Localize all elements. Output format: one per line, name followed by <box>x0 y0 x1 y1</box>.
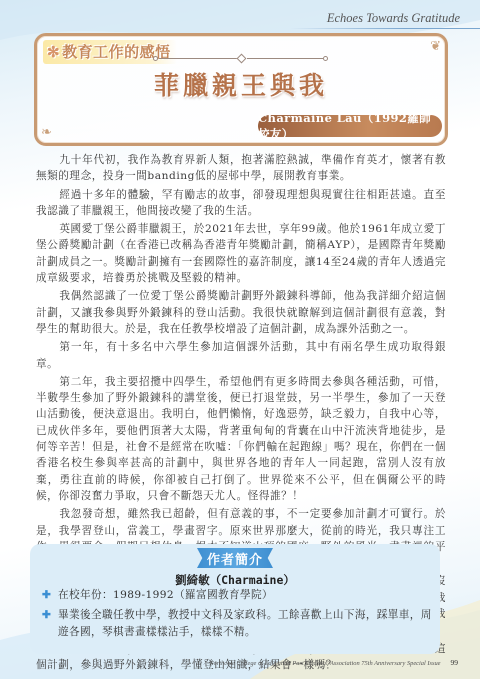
bio-item-text: 畢業後全職任教中學，教授中文科及家政科。工餘喜歡上山下海，踩單車，周遊各國，琴棋… <box>58 609 432 638</box>
running-head-rule <box>290 28 480 29</box>
bio-heading-ribbon: 作者簡介 <box>197 548 273 568</box>
divider-dot <box>323 56 328 61</box>
asterisk-icon: ✻ <box>47 43 60 61</box>
plus-icon: ✚ <box>42 607 51 624</box>
bio-item-text: 在校年份：1989-1992（羅富國教育學院） <box>58 589 273 601</box>
corner-ornament-icon: ❧ <box>41 126 52 139</box>
article-header: ✻教育工作的感悟 ❦ ❧ 菲臘親王與我 Charmaine Lau（1992羅師… <box>34 33 448 146</box>
divider-diamond-icon <box>237 54 247 64</box>
paragraph: 我偶然認識了一位愛丁堡公爵獎勵計劃野外鍛鍊科導師，他為我詳細介紹這個計劃，又讓我… <box>36 288 446 337</box>
divider-line <box>247 58 323 59</box>
paragraph: 第二年，我主要招攬中四學生，希望他們有更多時間去參與各種活動，可惜，半數學生參加… <box>36 374 446 504</box>
divider-line <box>159 58 237 59</box>
bio-author-name: 劉綺敏（Charmaine） <box>30 572 440 588</box>
running-head: Echoes Towards Gratitude <box>327 11 460 26</box>
paragraph: 九十年代初，我作為教育界新人類，抱著滿腔熱誠，準備作育英才，懷著有教無類的理念，… <box>36 152 446 185</box>
page-number: 99 <box>451 658 459 667</box>
corner-ornament-icon: ❦ <box>430 40 441 53</box>
paragraph: 經過十多年的體驗，罕有勵志的故事，卻發現理想與現實往往相距甚遠。直至我認識了菲臘… <box>36 187 446 220</box>
publication-name: Northcote College of Education Past Stud… <box>209 660 440 667</box>
article-title: 菲臘親王與我 <box>37 66 445 102</box>
author-bio-box: 作者簡介 劉綺敏（Charmaine） ✚ 在校年份：1989-1992（羅富國… <box>30 544 440 654</box>
plus-icon: ✚ <box>42 587 51 604</box>
author-byline: Charmaine Lau（1992羅師校友） <box>258 115 442 137</box>
page-footer: Northcote College of Education Past Stud… <box>209 658 458 667</box>
paragraph: 第一年，有十多名中六學生參加這個課外活動，其中有兩名學生成功取得銀章。 <box>36 339 446 372</box>
paragraph: 英國愛丁堡公爵菲臘親王，於2021年去世，享年99歲。他於1961年成立愛丁堡公… <box>36 221 446 286</box>
divider-dot <box>153 56 158 61</box>
bio-list: ✚ 在校年份：1989-1992（羅富國教育學院） ✚ 畢業後全職任教中學，教授… <box>42 587 432 644</box>
bio-item: ✚ 在校年份：1989-1992（羅富國教育學院） <box>42 587 432 604</box>
bio-item: ✚ 畢業後全職任教中學，教授中文科及家政科。工餘喜歡上山下海，踩單車，周遊各國，… <box>42 607 432 641</box>
title-divider <box>153 54 329 64</box>
